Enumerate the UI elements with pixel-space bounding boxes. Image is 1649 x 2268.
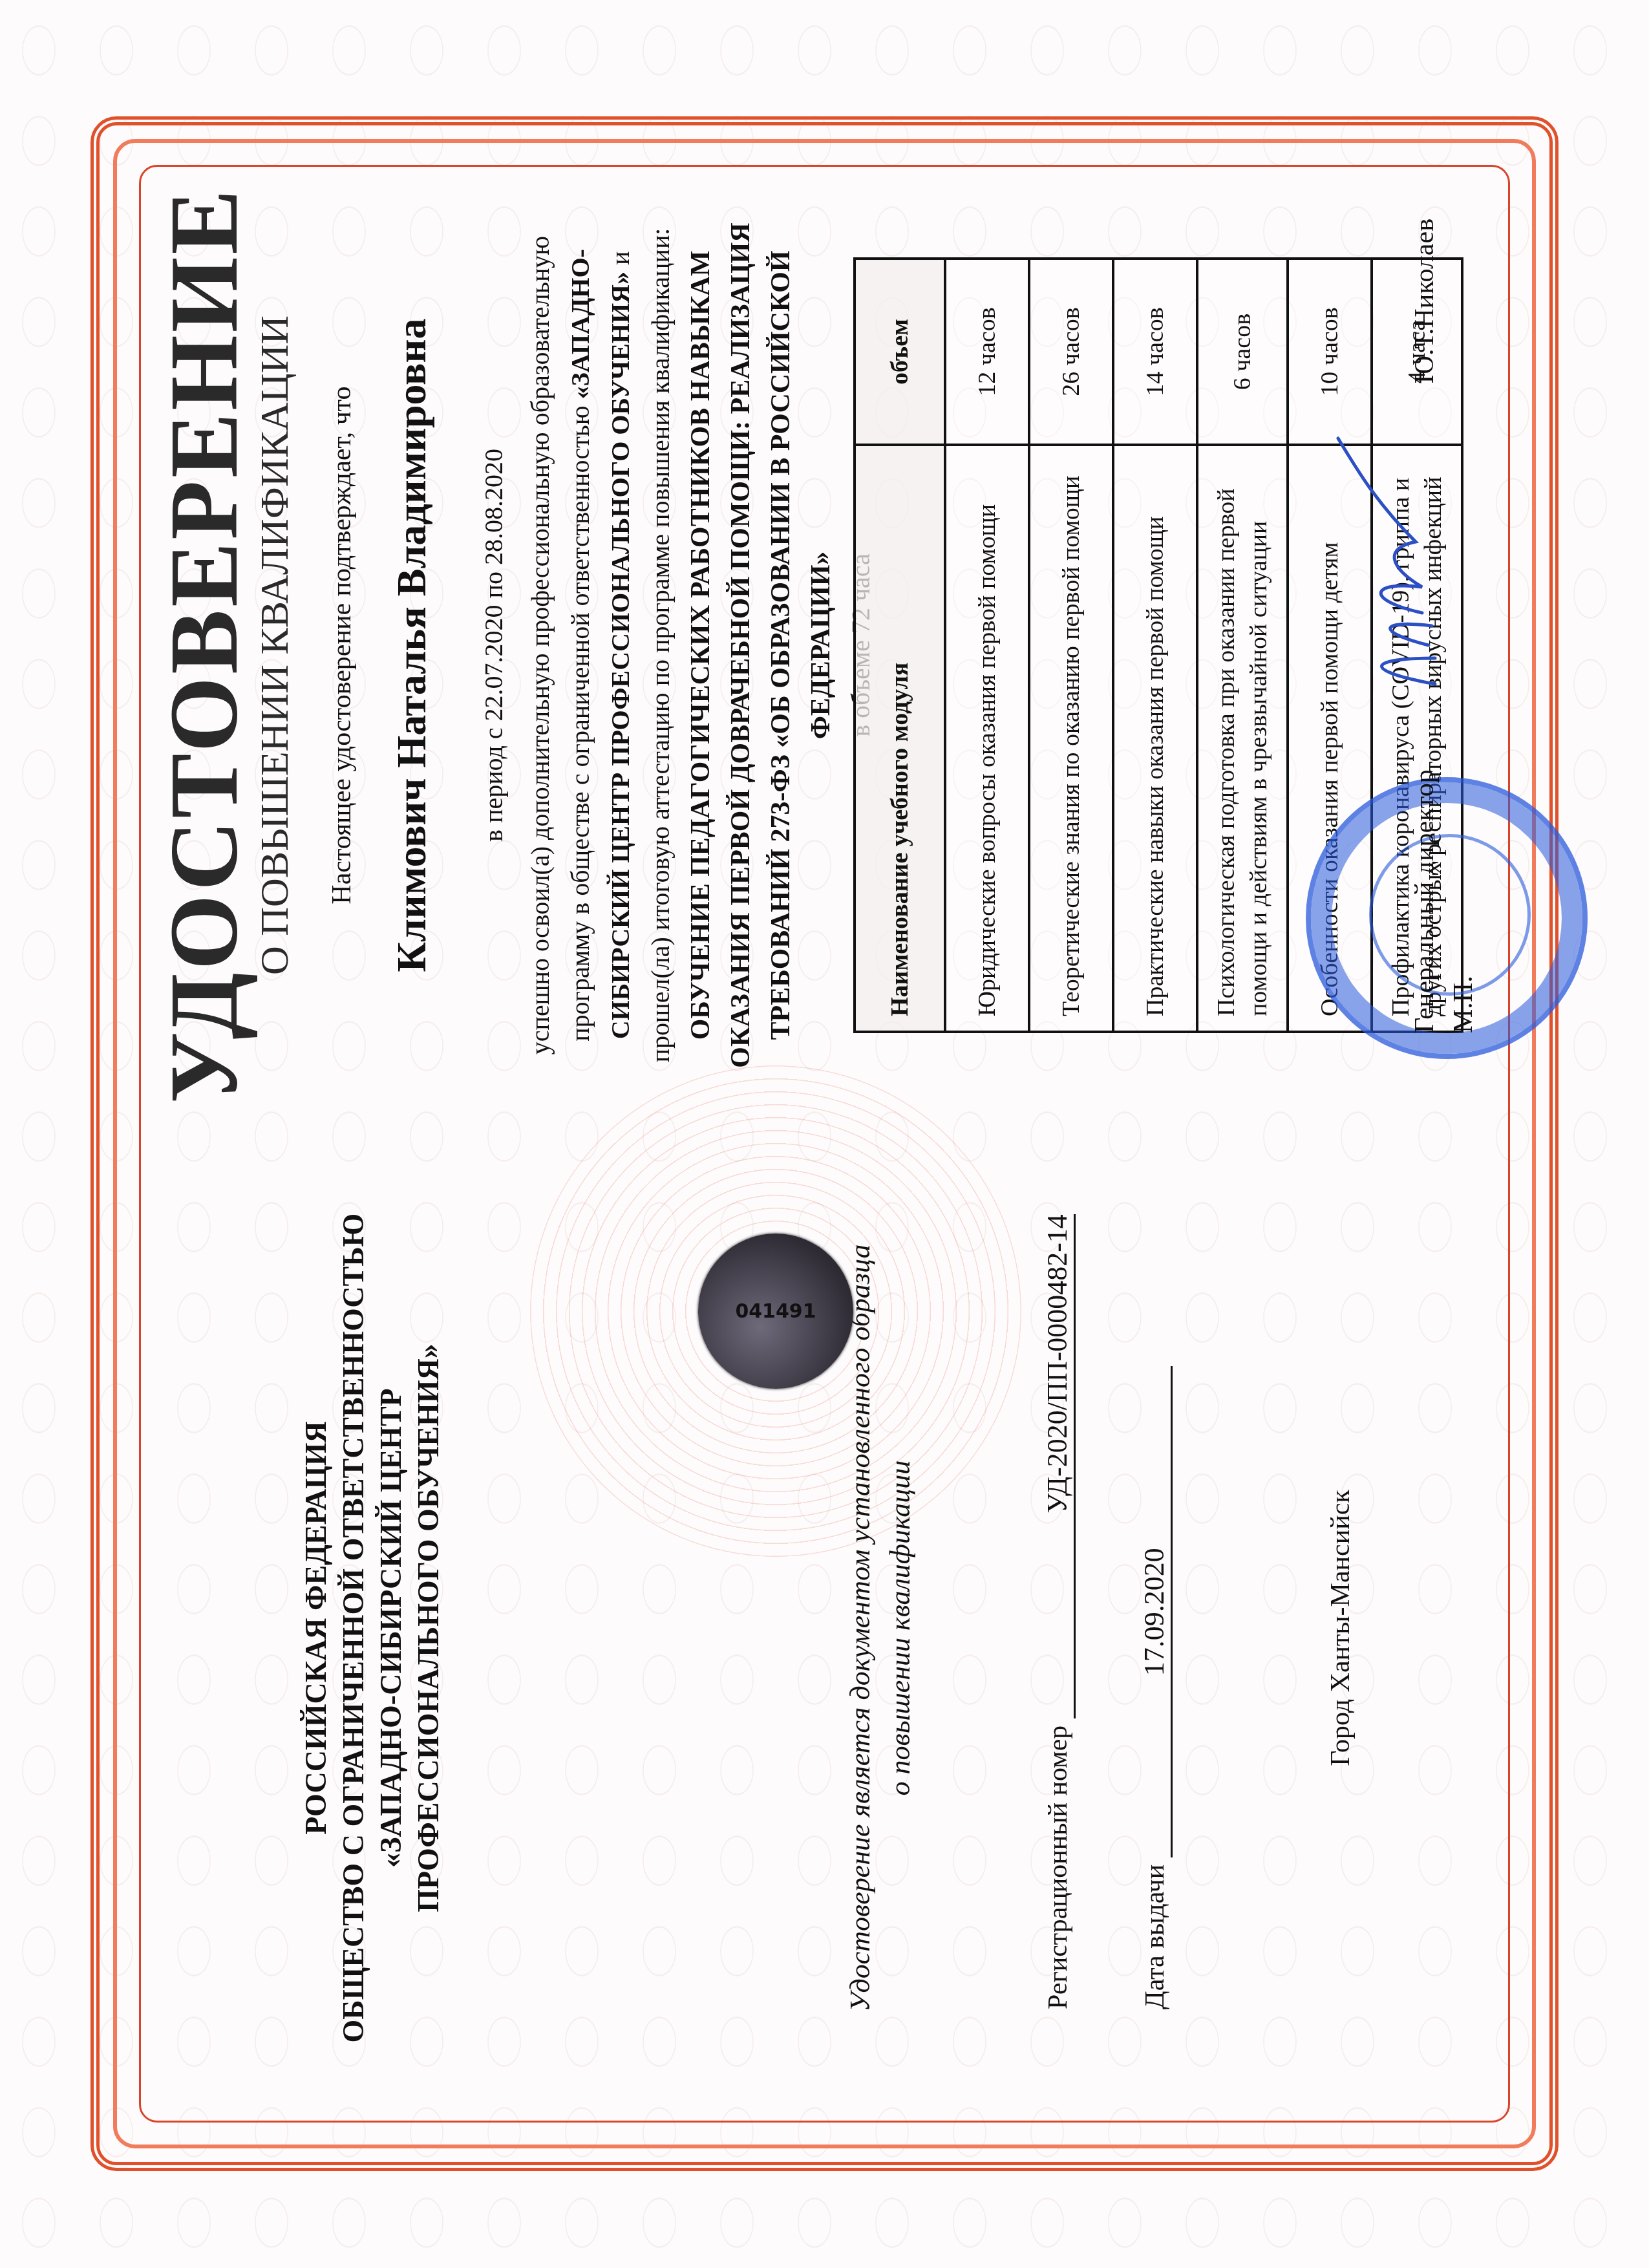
issue-date-label: Дата выдачи (1140, 1865, 1170, 2009)
country-name: РОССИЙСКАЯ ФЕДЕРАЦИЯ (297, 1156, 335, 2100)
module-name: Теоретические знания по оказанию первой … (1029, 445, 1113, 1032)
legal-note: Удостоверение является документом устано… (840, 1156, 920, 2100)
hologram-emblem-icon: 041491 (698, 1234, 853, 1389)
org-line-2: «ЗАПАДНО-СИБИРСКИЙ ЦЕНТР (372, 1156, 410, 2100)
study-period: в период с 22.07.2020 по 28.08.2020 (478, 173, 509, 1117)
issue-date-row: Дата выдачи 17.09.2020 (1138, 1366, 1173, 2009)
registration-number: УД-2020/ПП-0000482-14 (1041, 1214, 1076, 1718)
module-hours: 12 часов (945, 259, 1029, 445)
table-row: Теоретические знания по оказанию первой … (1029, 259, 1113, 1032)
module-hours: 26 часов (1029, 259, 1113, 445)
seal-place-label: М.П. (1448, 976, 1479, 1033)
module-name: Психологическая подготовка при оказании … (1197, 445, 1288, 1032)
document-title: УДОСТОВЕРЕНИЕ (149, 173, 260, 1117)
completion-statement: успешно освоил(а) дополнительную професс… (520, 199, 881, 1091)
issuer-header: РОССИЙСКАЯ ФЕДЕРАЦИЯ ОБЩЕСТВО С ОГРАНИЧЕ… (297, 1156, 447, 2100)
table-row: Практические навыки оказания первой помо… (1113, 259, 1197, 1032)
column-header-volume: объем (855, 259, 945, 445)
scanned-page: РОССИЙСКАЯ ФЕДЕРАЦИЯ ОБЩЕСТВО С ОГРАНИЧЕ… (0, 0, 1649, 2268)
certificate-document: РОССИЙСКАЯ ФЕДЕРАЦИЯ ОБЩЕСТВО С ОГРАНИЧЕ… (0, 0, 1649, 2268)
column-header-module: Наименование учебного модуля (855, 445, 945, 1032)
table-row: Юридические вопросы оказания первой помо… (945, 259, 1029, 1032)
issue-city: Город Ханты-Мансийск (1325, 1156, 1356, 2100)
confirmation-text: Настоящее удостоверение подтверждает, чт… (326, 173, 357, 1117)
registration-label: Регистрационный номер (1043, 1726, 1073, 2009)
hologram-number: 041491 (735, 1300, 816, 1323)
document-subtitle: О ПОВЫШЕНИИ КВАЛИФИКАЦИИ (252, 173, 298, 1117)
signatory-position: Генеральный директор (1409, 769, 1440, 1033)
handwritten-signature-icon (1325, 425, 1454, 697)
module-hours: 10 часов (1288, 259, 1372, 445)
org-line-1: ОБЩЕСТВО С ОГРАНИЧЕННОЙ ОТВЕТСТВЕННОСТЬЮ (335, 1156, 372, 2100)
registration-number-row: Регистрационный номер УД-2020/ПП-0000482… (1041, 1214, 1076, 2009)
official-stamp-icon (1306, 777, 1588, 1059)
module-name: Юридические вопросы оказания первой помо… (945, 445, 1029, 1032)
stamp-inner-ring (1369, 834, 1531, 996)
issue-date: 17.09.2020 (1138, 1366, 1173, 1857)
content-panel: УДОСТОВЕРЕНИЕ О ПОВЫШЕНИИ КВАЛИФИКАЦИИ Н… (142, 173, 1500, 1117)
module-hours: 14 часов (1113, 259, 1197, 445)
module-hours: 6 часов (1197, 259, 1288, 445)
table-header-row: Наименование учебного модуля объем (855, 259, 945, 1032)
holder-name: Климович Наталья Владимировна (388, 173, 436, 1117)
signatory-name: Ю.Т.Николаев (1409, 219, 1440, 383)
org-line-3: ПРОФЕССИОНАЛЬНОГО ОБУЧЕНИЯ» (410, 1156, 447, 2100)
module-name: Практические навыки оказания первой помо… (1113, 445, 1197, 1032)
table-row: Психологическая подготовка при оказании … (1197, 259, 1288, 1032)
program-title: ОБУЧЕНИЕ ПЕДАГОГИЧЕСКИХ РАБОТНИКОВ НАВЫК… (686, 222, 836, 1067)
